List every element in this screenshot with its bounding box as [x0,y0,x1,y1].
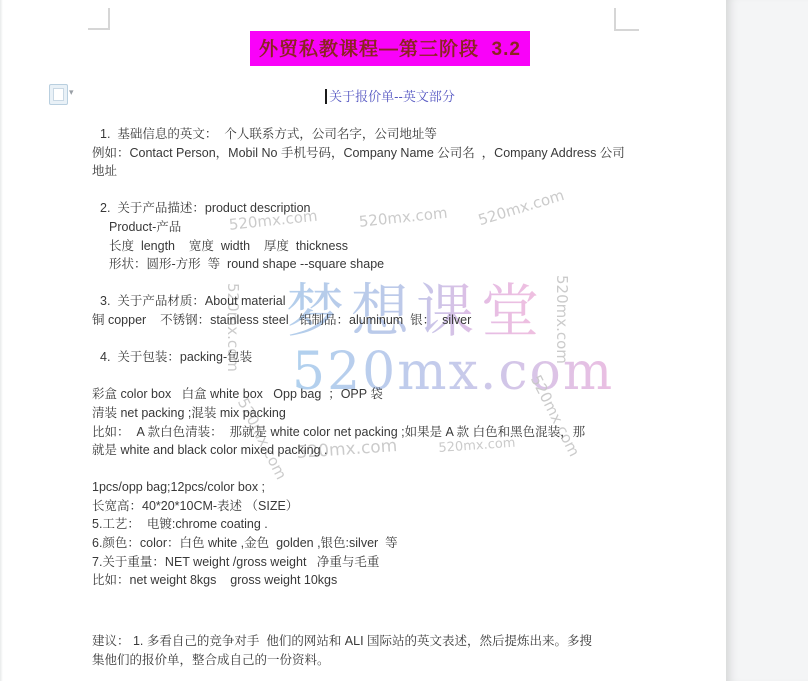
doc-line[interactable]: 长宽高：40*20*10CM-表述 （SIZE） [0,497,726,516]
document-subtitle-row: 关于报价单--英文部分 [92,86,688,106]
word-document-view: ▾ 梦想课堂 520mx.com 520mx.com 520mx.com 520… [0,0,808,681]
text-boundary-mark-top-left [88,8,110,30]
doc-line[interactable] [0,330,726,349]
doc-line[interactable]: 1pcs/opp bag;12pcs/color box ; [0,478,726,497]
text-cursor [325,89,327,104]
doc-line[interactable]: 集他们的报价单，整合成自己的一份资料。 [0,651,726,670]
doc-line[interactable]: 形状：圆形-方形 等 round shape --square shape [0,255,726,274]
document-body[interactable]: 1. 基础信息的英文： 个人联系方式，公司名字，公司地址等 例如：Contact… [0,125,726,669]
page-title[interactable]: 外贸私教课程—第三阶段 3.2 [250,31,530,66]
doc-line[interactable]: 1. 基础信息的英文： 个人联系方式，公司名字，公司地址等 [0,125,726,144]
doc-line[interactable]: 建议： 1. 多看自己的竞争对手 他们的网站和 ALI 国际站的英文表述，然后提… [0,632,726,651]
doc-line[interactable] [0,460,726,479]
page-subtitle[interactable]: 关于报价单--英文部分 [329,89,455,104]
doc-line[interactable]: 就是 white and black color mixed packing . [0,441,726,460]
doc-line[interactable]: 彩盒 color box 白盒 white box Opp bag ；OPP 袋 [0,385,726,404]
clipboard-sheet-icon [53,88,64,101]
doc-line[interactable] [0,274,726,293]
doc-line[interactable]: 比如： A 款白色清装： 那就是 white color net packing… [0,423,726,442]
doc-line[interactable]: 例如：Contact Person，Mobil No 手机号码，Company … [0,144,726,163]
doc-line[interactable]: 7.关于重量：NET weight /gross weight 净重与毛重 [0,553,726,572]
doc-line[interactable] [0,590,726,609]
paste-options-icon[interactable] [49,84,68,105]
page-right-gutter [726,0,808,681]
doc-line[interactable]: Product-产品 [0,218,726,237]
doc-line[interactable]: 清装 net packing ;混装 mix packing [0,404,726,423]
doc-line[interactable]: 比如：net weight 8kgs gross weight 10kgs [0,571,726,590]
doc-line[interactable] [0,181,726,200]
doc-line[interactable]: 铜 copper 不锈钢：stainless steel 铝制品：aluminu… [0,311,726,330]
paste-options-dropdown-icon[interactable]: ▾ [69,87,74,97]
doc-line[interactable] [0,608,726,627]
document-title-row: 外贸私教课程—第三阶段 3.2 [92,31,688,66]
text-boundary-mark-top-right [614,8,639,31]
doc-line[interactable]: 3. 关于产品材质：About material [0,292,726,311]
doc-line[interactable]: 长度 length 宽度 width 厚度 thickness [0,237,726,256]
doc-line[interactable]: 5.工艺： 电镀:chrome coating . [0,515,726,534]
doc-line[interactable]: 6.颜色：color：白色 white ,金色 golden ,银色:silve… [0,534,726,553]
doc-line[interactable]: 地址 [0,162,726,181]
doc-line[interactable]: 2. 关于产品描述：product description [0,199,726,218]
doc-line[interactable]: 4. 关于包装：packing-包装 [0,348,726,367]
doc-line[interactable] [0,367,726,386]
